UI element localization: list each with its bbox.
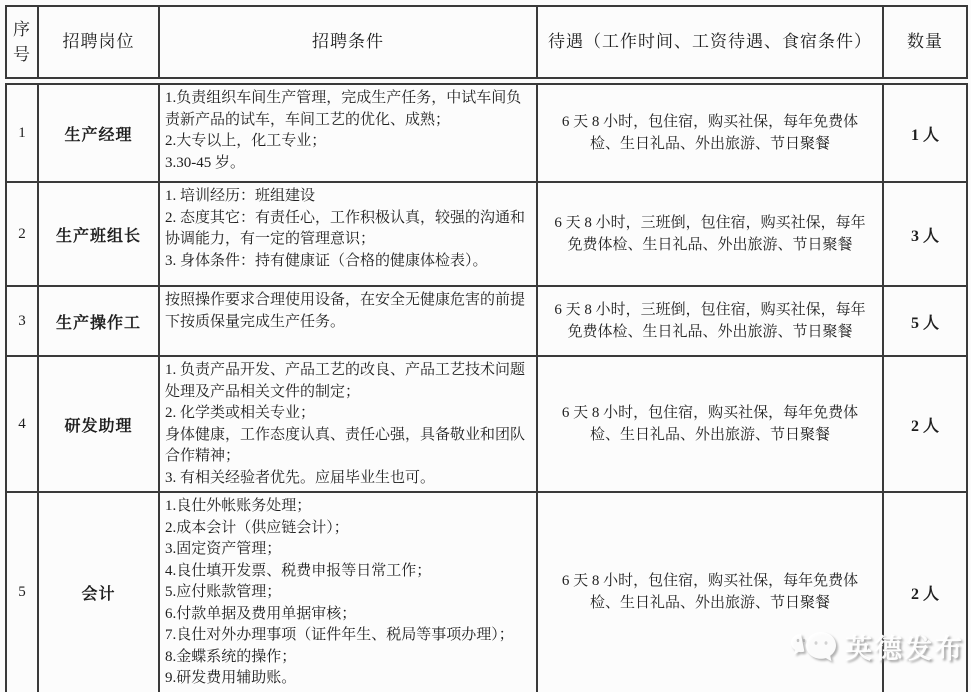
recruitment-table-page: 序号 招聘岗位 招聘条件 待遇（工作时间、工资待遇、食宿条件） 数量 1 生产经… [0,0,971,692]
row-no: 1 [6,84,38,182]
row-treatment: 6 天 8 小时，包住宿，购买社保，每年免费体检、生日礼品、外出旅游、节日聚餐 [537,84,883,182]
row-treatment: 6 天 8 小时，三班倒，包住宿，购买社保，每年免费体检、生日礼品、外出旅游、节… [537,286,883,356]
table-row-rd-assistant: 4 研发助理 1. 负责产品开发、产品工艺的改良、产品工艺技术问题处理及产品相关… [6,356,967,492]
table-row-operator: 3 生产操作工 按照操作要求合理使用设备，在安全无健康危害的前提下按质保量完成生… [6,286,967,356]
row-count: 2 人 [883,356,967,492]
header-count: 数量 [883,6,967,78]
row-position: 生产操作工 [38,286,159,356]
row-position: 研发助理 [38,356,159,492]
table-row-accountant: 5 会计 1.良仕外帐账务处理； 2.成本会计（供应链会计）； 3.固定资产管理… [6,492,967,692]
header-row: 序号 招聘岗位 招聘条件 待遇（工作时间、工资待遇、食宿条件） 数量 [6,6,967,78]
row-position: 生产班组长 [38,182,159,286]
row-count: 1 人 [883,84,967,182]
row-no: 3 [6,286,38,356]
row-no: 5 [6,492,38,692]
row-count: 5 人 [883,286,967,356]
row-conditions: 1.良仕外帐账务处理； 2.成本会计（供应链会计）； 3.固定资产管理； 4.良… [159,492,537,692]
row-conditions: 按照操作要求合理使用设备，在安全无健康危害的前提下按质保量完成生产任务。 [159,286,537,356]
row-treatment: 6 天 8 小时，三班倒，包住宿，购买社保，每年免费体检、生日礼品、外出旅游、节… [537,182,883,286]
table-row-team-leader: 2 生产班组长 1. 培训经历：班组建设 2. 态度其它：有责任心，工作积极认真… [6,182,967,286]
recruitment-table: 序号 招聘岗位 招聘条件 待遇（工作时间、工资待遇、食宿条件） 数量 1 生产经… [5,5,966,692]
row-treatment: 6 天 8 小时，包住宿，购买社保，每年免费体检、生日礼品、外出旅游、节日聚餐 [537,492,883,692]
table-body: 1 生产经理 1.负责组织车间生产管理，完成生产任务，中试车间负责新产品的试车，… [5,83,968,692]
table-row-production-manager: 1 生产经理 1.负责组织车间生产管理，完成生产任务，中试车间负责新产品的试车，… [6,84,967,182]
row-count: 3 人 [883,182,967,286]
header-position: 招聘岗位 [38,6,159,78]
header-no: 序号 [6,6,38,78]
table-header: 序号 招聘岗位 招聘条件 待遇（工作时间、工资待遇、食宿条件） 数量 [5,5,968,79]
header-conditions: 招聘条件 [159,6,537,78]
row-no: 4 [6,356,38,492]
row-position: 会计 [38,492,159,692]
row-count: 2 人 [883,492,967,692]
row-position: 生产经理 [38,84,159,182]
row-conditions: 1.负责组织车间生产管理，完成生产任务，中试车间负责新产品的试车，车间工艺的优化… [159,84,537,182]
row-conditions: 1. 培训经历：班组建设 2. 态度其它：有责任心，工作积极认真，较强的沟通和协… [159,182,537,286]
row-no: 2 [6,182,38,286]
header-treatment: 待遇（工作时间、工资待遇、食宿条件） [537,6,883,78]
row-conditions: 1. 负责产品开发、产品工艺的改良、产品工艺技术问题处理及产品相关文件的制定； … [159,356,537,492]
row-treatment: 6 天 8 小时，包住宿，购买社保，每年免费体检、生日礼品、外出旅游、节日聚餐 [537,356,883,492]
